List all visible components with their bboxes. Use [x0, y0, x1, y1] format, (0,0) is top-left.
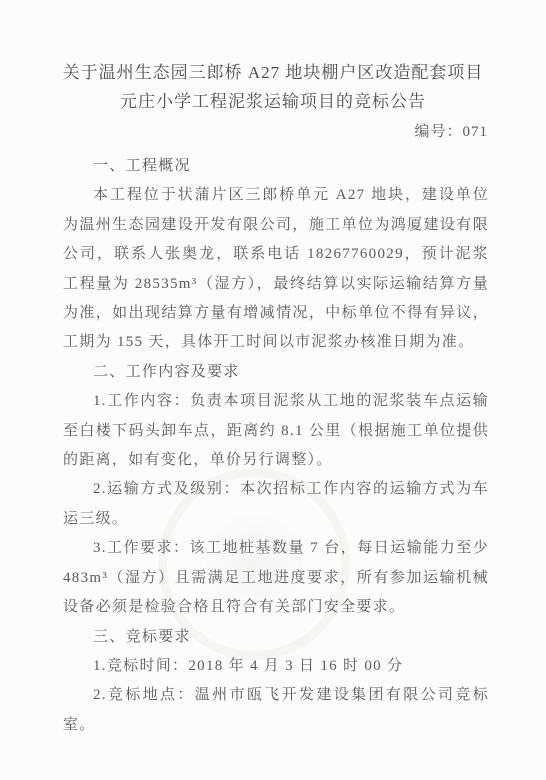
- section-2-paragraph-1: 1.工作内容：负责本项目泥浆从工地的泥浆装车点运输至白楼下码头卸车点，距离约 8…: [63, 387, 489, 475]
- section-1-heading: 一、工程概况: [63, 152, 489, 181]
- document-title: 关于温州生态园三郎桥 A27 地块棚户区改造配套项目 元庄小学工程泥浆运输项目的…: [0, 0, 546, 116]
- document-title-line-2: 元庄小学工程泥浆运输项目的竞标公告: [40, 87, 506, 116]
- document-title-line-1: 关于温州生态园三郎桥 A27 地块棚户区改造配套项目: [40, 58, 506, 87]
- section-3-heading: 三、竞标要求: [63, 623, 489, 652]
- section-2-paragraph-3: 3.工作要求：该工地桩基数量 7 台，每日运输能力至少 483m³（湿方）且需满…: [63, 534, 489, 622]
- document-page: 关于温州生态园三郎桥 A27 地块棚户区改造配套项目 元庄小学工程泥浆运输项目的…: [0, 0, 546, 780]
- section-2-paragraph-2: 2.运输方式及级别：本次招标工作内容的运输方式为车运三级。: [63, 475, 489, 534]
- doc-number: 编号：071: [0, 121, 546, 143]
- section-2-heading: 二、工作内容及要求: [63, 358, 489, 387]
- document-body: 一、工程概况 本工程位于状蒲片区三郎桥单元 A27 地块，建设单位为温州生态园建…: [0, 152, 546, 740]
- section-1-paragraph-1: 本工程位于状蒲片区三郎桥单元 A27 地块，建设单位为温州生态园建设开发有限公司…: [63, 181, 489, 357]
- section-3-paragraph-1: 1.竞标时间：2018 年 4 月 3 日 16 时 00 分: [63, 652, 489, 681]
- section-3-paragraph-2: 2.竞标地点：温州市瓯飞开发建设集团有限公司竞标室。: [63, 681, 489, 740]
